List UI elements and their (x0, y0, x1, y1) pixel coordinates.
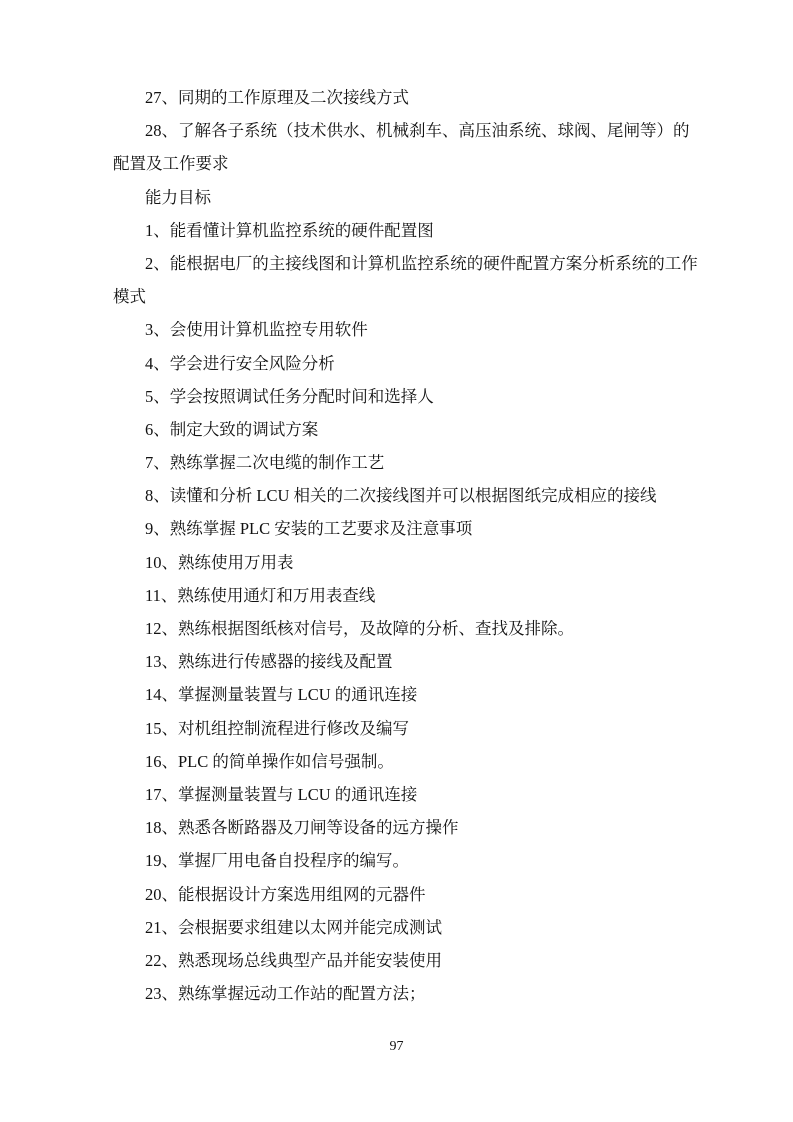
text-line: 13、熟练进行传感器的接线及配置 (113, 645, 713, 678)
text-line: 9、熟练掌握 PLC 安装的工艺要求及注意事项 (113, 512, 713, 545)
document-body: 27、同期的工作原理及二次接线方式28、了解各子系统（技术供水、机械刹车、高压油… (113, 81, 713, 1010)
text-line: 15、对机组控制流程进行修改及编写 (113, 712, 713, 745)
text-line: 20、能根据设计方案选用组网的元器件 (113, 878, 713, 911)
text-line: 8、读懂和分析 LCU 相关的二次接线图并可以根据图纸完成相应的接线 (113, 479, 713, 512)
text-line: 1、能看懂计算机监控系统的硬件配置图 (113, 214, 713, 247)
text-line: 21、会根据要求组建以太网并能完成测试 (113, 911, 713, 944)
text-line: 10、熟练使用万用表 (113, 546, 713, 579)
text-line: 3、会使用计算机监控专用软件 (113, 313, 713, 346)
text-line: 17、掌握测量装置与 LCU 的通讯连接 (113, 778, 713, 811)
text-line: 5、学会按照调试任务分配时间和选择人 (113, 380, 713, 413)
text-line: 2、能根据电厂的主接线图和计算机监控系统的硬件配置方案分析系统的工作 (113, 247, 713, 280)
text-line: 22、熟悉现场总线典型产品并能安装使用 (113, 944, 713, 977)
text-line: 7、熟练掌握二次电缆的制作工艺 (113, 446, 713, 479)
text-line: 11、熟练使用通灯和万用表查线 (113, 579, 713, 612)
text-line: 28、了解各子系统（技术供水、机械刹车、高压油系统、球阀、尾闸等）的 (113, 114, 713, 147)
text-line: 14、掌握测量装置与 LCU 的通讯连接 (113, 678, 713, 711)
text-line: 能力目标 (113, 181, 713, 214)
page-number: 97 (0, 1038, 793, 1056)
text-line: 4、学会进行安全风险分析 (113, 347, 713, 380)
document-page: 27、同期的工作原理及二次接线方式28、了解各子系统（技术供水、机械刹车、高压油… (0, 0, 793, 1122)
text-line: 模式 (113, 280, 713, 313)
text-line: 18、熟悉各断路器及刀闸等设备的远方操作 (113, 811, 713, 844)
text-line: 6、制定大致的调试方案 (113, 413, 713, 446)
text-line: 12、熟练根据图纸核对信号，及故障的分析、查找及排除。 (113, 612, 713, 645)
text-line: 27、同期的工作原理及二次接线方式 (113, 81, 713, 114)
text-line: 23、熟练掌握远动工作站的配置方法； (113, 977, 713, 1010)
text-line: 配置及工作要求 (113, 147, 713, 180)
text-line: 16、PLC 的简单操作如信号强制。 (113, 745, 713, 778)
text-line: 19、掌握厂用电备自投程序的编写。 (113, 844, 713, 877)
